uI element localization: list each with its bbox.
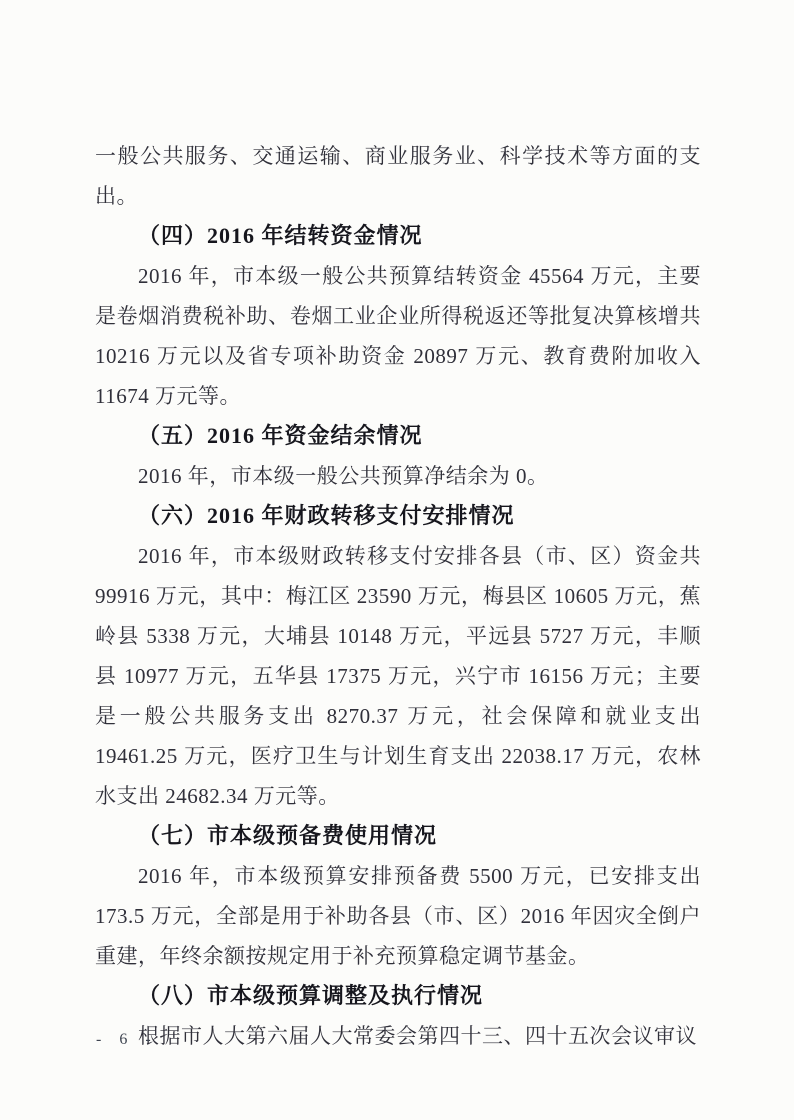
paragraph-fund-balance: 2016 年，市本级一般公共预算净结余为 0。 [95,456,701,496]
paragraph-reserve-fund: 2016 年，市本级预算安排预备费 5500 万元，已安排支出 173.5 万元… [95,856,701,976]
page-number: - 6 - [96,1028,158,1052]
paragraph-carryover-funds: 2016 年，市本级一般公共预算结转资金 45564 万元，主要是卷烟消费税补助… [95,256,701,416]
section-heading-8: （八）市本级预算调整及执行情况 [95,976,701,1016]
section-heading-6: （六）2016 年财政转移支付安排情况 [95,496,701,536]
paragraph-continuation: 一般公共服务、交通运输、商业服务业、科学技术等方面的支出。 [95,136,701,216]
section-heading-4: （四）2016 年结转资金情况 [95,216,701,256]
paragraph-budget-adjustment: 根据市人大第六届人大常委会第四十三、四十五次会议审议 [95,1016,701,1056]
section-heading-5: （五）2016 年资金结余情况 [95,416,701,456]
section-heading-7: （七）市本级预备费使用情况 [95,816,701,856]
document-body: 一般公共服务、交通运输、商业服务业、科学技术等方面的支出。 （四）2016 年结… [95,136,701,1056]
document-page: 一般公共服务、交通运输、商业服务业、科学技术等方面的支出。 （四）2016 年结… [0,0,794,1120]
paragraph-transfer-payments: 2016 年，市本级财政转移支付安排各县（市、区）资金共 99916 万元，其中… [95,536,701,816]
